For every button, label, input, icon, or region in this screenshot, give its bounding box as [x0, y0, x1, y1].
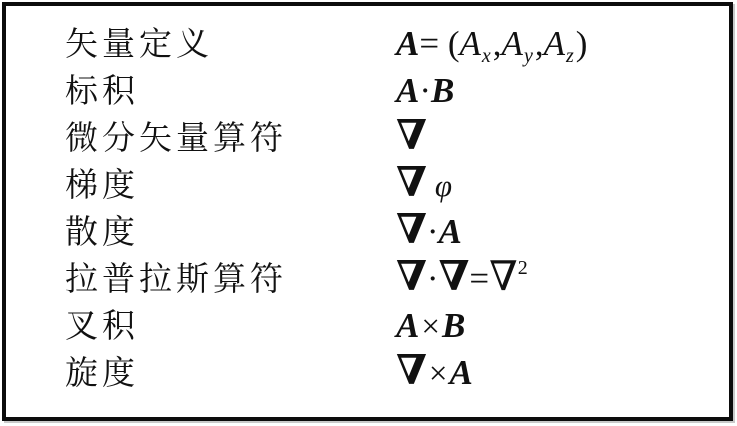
table-row-dot-product: 标积A · B — [65, 65, 729, 112]
row-label: 散度 — [65, 206, 396, 253]
row-label: 矢量定义 — [65, 18, 396, 65]
row-formula: ∇ · A — [396, 211, 462, 249]
table-row-vector-definition: 矢量定义A = ( Ax , Ay , Az ) — [65, 18, 729, 65]
formula-part: A — [396, 73, 419, 108]
row-formula: ∇ · ∇=∇2 — [396, 258, 528, 296]
formula-part: A — [544, 26, 565, 61]
formula-part: , — [535, 26, 544, 61]
formula-part: ∇ — [396, 164, 427, 201]
formula-part: B — [442, 308, 465, 343]
row-label: 梯度 — [65, 159, 396, 206]
formula-part: 2 — [518, 258, 528, 278]
row-label: 拉普拉斯算符 — [65, 253, 396, 300]
table-row-cross-product: 叉积A×B — [65, 300, 729, 347]
formula-part: y — [524, 46, 533, 66]
row-label: 微分矢量算符 — [65, 112, 396, 159]
formula-part: ∇ — [396, 352, 427, 389]
table-row-del-operator: 微分矢量算符∇ — [65, 112, 729, 159]
row-label: 标积 — [65, 65, 396, 112]
table-rows: 矢量定义A = ( Ax , Ay , Az )标积A · B微分矢量算符∇梯度… — [6, 6, 729, 394]
formula-part: , — [493, 26, 502, 61]
formula-part: × — [421, 311, 440, 344]
formula-part: A — [396, 26, 419, 61]
formula-part: A — [439, 214, 462, 249]
row-formula: ∇φ — [396, 164, 452, 202]
table-row-divergence: 散度∇ · A — [65, 206, 729, 253]
row-formula: A · B — [396, 73, 454, 108]
row-label: 旋度 — [65, 347, 396, 394]
formula-part: A — [460, 26, 481, 61]
formula-part: φ — [435, 170, 452, 201]
row-label: 叉积 — [65, 300, 396, 347]
formula-part: · — [427, 214, 439, 249]
formula-part: ) — [576, 26, 588, 61]
row-formula: A×B — [396, 308, 465, 344]
formula-part: A — [396, 308, 419, 343]
formula-part: B — [431, 73, 454, 108]
formula-part: A — [450, 355, 473, 390]
formula-part: ∇ — [396, 211, 427, 248]
formula-part: × — [429, 358, 448, 391]
table-frame: 矢量定义A = ( Ax , Ay , Az )标积A · B微分矢量算符∇梯度… — [2, 2, 733, 421]
row-formula: ∇ — [396, 117, 427, 155]
formula-part: x — [482, 46, 491, 66]
formula-part: ∇ — [396, 258, 427, 295]
table-row-gradient: 梯度∇φ — [65, 159, 729, 206]
row-formula: ∇×A — [396, 352, 473, 391]
formula-part: ∇ — [439, 258, 470, 295]
table-row-laplacian: 拉普拉斯算符∇ · ∇=∇2 — [65, 253, 729, 300]
formula-part: · — [427, 261, 439, 296]
formula-part: = — [469, 261, 489, 296]
formula-part: A — [502, 26, 523, 61]
row-formula: A = ( Ax , Ay , Az ) — [396, 26, 587, 61]
formula-part: ∇ — [396, 117, 427, 154]
formula-part: = ( — [419, 26, 459, 61]
formula-part: z — [566, 46, 574, 66]
table-row-curl: 旋度∇×A — [65, 347, 729, 394]
formula-part: · — [419, 73, 431, 108]
formula-part: ∇ — [489, 258, 518, 295]
